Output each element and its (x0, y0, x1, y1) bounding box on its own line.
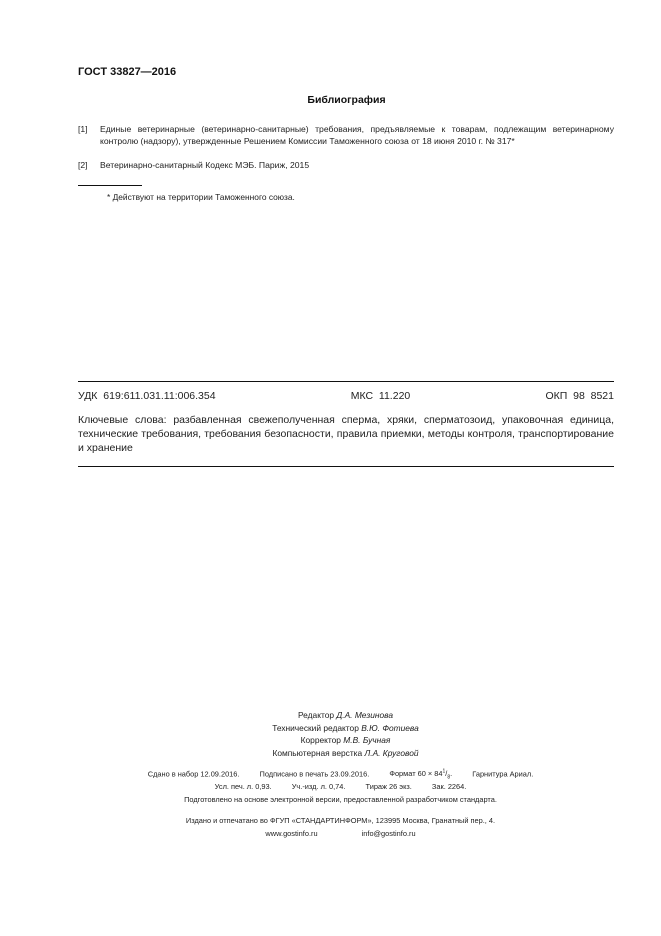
paper-format: Формат 60 × 841/8. (389, 769, 452, 778)
imprint-line-1: Сдано в набор 12.09.2016. Подписано в пе… (0, 769, 661, 781)
order-number: Зак. 2264. (432, 782, 466, 791)
credit-role: Технический редактор (272, 723, 359, 733)
credit-role: Корректор (301, 735, 341, 745)
publisher-contacts: www.gostinfo.ru info@gostinfo.ru (0, 829, 661, 838)
credit-role: Компьютерная верстка (272, 748, 362, 758)
credit-name: В.Ю. Фотиева (361, 723, 419, 733)
circulation: Тираж 26 экз. (366, 782, 412, 791)
udk-code: УДК 619:611.031.11:006.354 (78, 390, 216, 402)
publication-sheets: Уч.-изд. л. 0,74. (292, 782, 346, 791)
submitted-date: Сдано в набор 12.09.2016. (148, 769, 240, 778)
keywords: Ключевые слова: разбавленная свежеполуче… (78, 413, 614, 455)
website-link[interactable]: www.gostinfo.ru (265, 829, 317, 838)
publisher-info: Издано и отпечатано во ФГУП «СТАНДАРТИНФ… (0, 816, 661, 825)
footnote-divider (78, 185, 142, 186)
imprint-note: Подготовлено на основе электронной верси… (0, 795, 661, 804)
signed-date: Подписано в печать 23.09.2016. (260, 769, 370, 778)
print-sheets: Усл. печ. л. 0,93. (215, 782, 272, 791)
reference-text: Ветеринарно-санитарный Кодекс МЭБ. Париж… (100, 159, 614, 171)
credit-role: Редактор (298, 710, 334, 720)
credit-line: Корректор М.В. Бучная (30, 734, 661, 747)
reference-number: [2] (78, 159, 100, 171)
email-link[interactable]: info@gostinfo.ru (362, 829, 416, 838)
reference-text: Единые ветеринарные (ветеринарно-санитар… (100, 123, 614, 147)
mks-code: МКС 11.220 (351, 390, 411, 402)
classification-top-rule (78, 381, 614, 382)
typeface: Гарнитура Ариал. (472, 769, 533, 778)
document-id: ГОСТ 33827—2016 (78, 66, 176, 78)
reference-item: [1] Единые ветеринарные (ветеринарно-сан… (78, 123, 614, 147)
reference-number: [1] (78, 123, 100, 147)
okp-code: ОКП 98 8521 (545, 390, 614, 402)
bibliography-title: Библиография (0, 94, 661, 106)
reference-item: [2] Ветеринарно-санитарный Кодекс МЭБ. П… (78, 159, 614, 171)
credit-name: Л.А. Круговой (365, 748, 419, 758)
credit-name: Д.А. Мезинова (336, 710, 393, 720)
credits: Редактор Д.А. Мезинова Технический редак… (0, 709, 661, 759)
footnote: * Действуют на территории Таможенного со… (107, 192, 295, 202)
keywords-bottom-rule (78, 466, 614, 467)
credit-name: М.В. Бучная (343, 735, 390, 745)
credit-line: Технический редактор В.Ю. Фотиева (30, 722, 661, 735)
credit-line: Редактор Д.А. Мезинова (30, 709, 661, 722)
imprint-line-2: Усл. печ. л. 0,93. Уч.-изд. л. 0,74. Тир… (0, 782, 661, 791)
classification-codes: УДК 619:611.031.11:006.354 МКС 11.220 ОК… (78, 390, 614, 402)
credit-line: Компьютерная верстка Л.А. Круговой (30, 747, 661, 760)
